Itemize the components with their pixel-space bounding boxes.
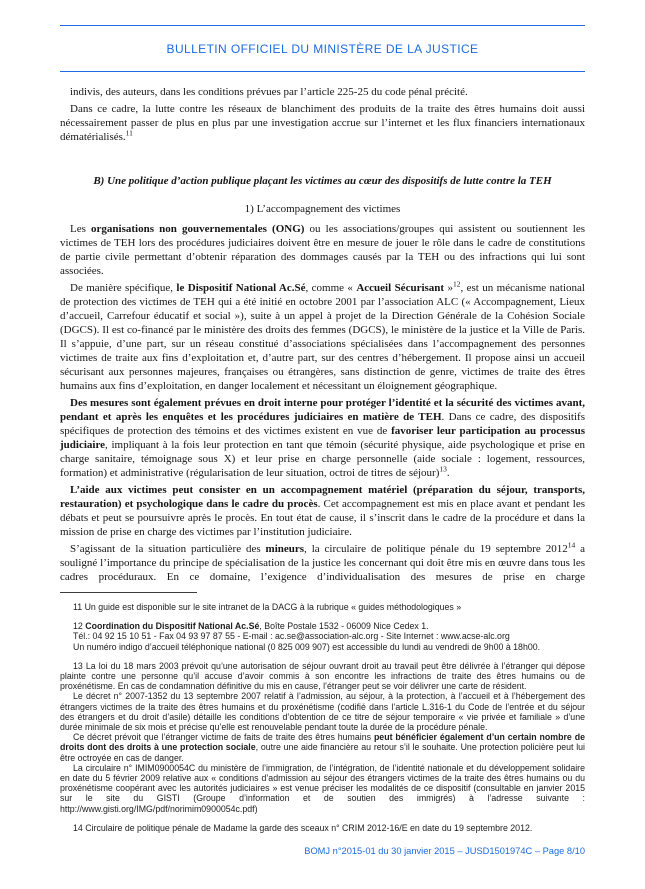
text-run: De manière spécifique,: [70, 282, 176, 294]
text-run: 1) L’accompagnement des victimes: [245, 203, 401, 215]
text-run: , la circulaire de politique pénale du 1…: [304, 543, 568, 555]
text-run: Circulaire de politique pénale de Madame…: [85, 823, 532, 833]
footnote-paragraph: La circulaire n° IMIM0900054C du ministè…: [60, 763, 585, 814]
header-rule-top: [60, 25, 585, 26]
footnote-paragraph: Un numéro indigo d’accueil téléphonique …: [60, 642, 585, 652]
text-run: Un guide est disponible sur le site intr…: [85, 602, 462, 612]
paragraph: Des mesures sont également prévues en dr…: [60, 396, 585, 480]
text-run: B) Une politique d’action publique plaça…: [93, 175, 551, 187]
document-body: indivis, des auteurs, dans les condition…: [60, 85, 585, 584]
text-run: Le décret n° 2007-1352 du 13 septembre 2…: [60, 691, 585, 732]
paragraph: Dans ce cadre, la lutte contre les résea…: [60, 102, 585, 144]
header-rule-bottom: [60, 71, 585, 72]
text-run: Ce décret prévoit que l’étranger victime…: [73, 732, 374, 742]
text-run: »: [444, 282, 453, 294]
footnotes: 11 Un guide est disponible sur le site i…: [60, 602, 585, 833]
document-title: BULLETIN OFFICIEL DU MINISTÈRE DE LA JUS…: [60, 42, 585, 56]
footnote-paragraph: Tél.: 04 92 15 10 51 - Fax 04 93 97 87 5…: [60, 631, 585, 641]
text-run: organisations non gouvernementales (ONG): [91, 223, 304, 235]
text-run: Dans ce cadre, la lutte contre les résea…: [60, 103, 585, 143]
paragraph: S’agissant de la situation particulière …: [60, 542, 585, 584]
footnote-separator: [60, 592, 197, 593]
paragraph: L’aide aux victimes peut consister en un…: [60, 483, 585, 539]
text-run: Tél.: 04 92 15 10 51 - Fax 04 93 97 87 5…: [73, 631, 510, 641]
text-run: le Dispositif National Ac.Sé: [176, 282, 305, 294]
paragraph: indivis, des auteurs, dans les condition…: [60, 85, 585, 99]
page-footer: BOMJ n°2015-01 du 30 janvier 2015 – JUSD…: [60, 846, 585, 856]
text-run: 12: [73, 621, 85, 631]
footnote-paragraph: 12 Coordination du Dispositif National A…: [60, 621, 585, 631]
text-run: 14: [73, 823, 85, 833]
text-run: S’agissant de la situation particulière …: [70, 543, 266, 555]
text-run: , est un mécanisme national de protectio…: [60, 282, 585, 392]
paragraph: De manière spécifique, le Dispositif Nat…: [60, 281, 585, 393]
text-run: indivis, des auteurs, dans les condition…: [70, 86, 468, 98]
document-page: BULLETIN OFFICIEL DU MINISTÈRE DE LA JUS…: [0, 0, 645, 889]
text-run: .: [447, 467, 450, 479]
text-run: , impliquant à la fois leur protection e…: [60, 439, 585, 479]
footnote-paragraph: 13 La loi du 18 mars 2003 prévoit qu’une…: [60, 661, 585, 692]
footnote-ref: 13: [439, 464, 447, 473]
footnote-paragraph: 11 Un guide est disponible sur le site i…: [60, 602, 585, 612]
subsection-heading: 1) L’accompagnement des victimes: [60, 202, 585, 216]
footnote-paragraph: Le décret n° 2007-1352 du 13 septembre 2…: [60, 691, 585, 732]
text-run: , Boîte Postale 1532 - 06009 Nice Cedex …: [259, 621, 428, 631]
text-run: , comme «: [306, 282, 357, 294]
text-run: mineurs: [266, 543, 305, 555]
paragraph: Les organisations non gouvernementales (…: [60, 222, 585, 278]
footnote-paragraph: 14 Circulaire de politique pénale de Mad…: [60, 823, 585, 833]
text-run: La circulaire n° IMIM0900054C du ministè…: [60, 763, 585, 814]
text-run: La loi du 18 mars 2003 prévoit qu’une au…: [60, 661, 585, 691]
text-run: Coordination du Dispositif National Ac.S…: [85, 621, 259, 631]
text-run: 11: [73, 602, 85, 612]
footnote-ref: 11: [126, 128, 133, 137]
text-run: 13: [73, 661, 86, 671]
footnote-paragraph: Ce décret prévoit que l’étranger victime…: [60, 732, 585, 763]
text-run: Un numéro indigo d’accueil téléphonique …: [73, 642, 540, 652]
text-run: Accueil Sécurisant: [356, 282, 444, 294]
text-run: Les: [70, 223, 91, 235]
section-heading: B) Une politique d’action publique plaça…: [60, 174, 585, 188]
